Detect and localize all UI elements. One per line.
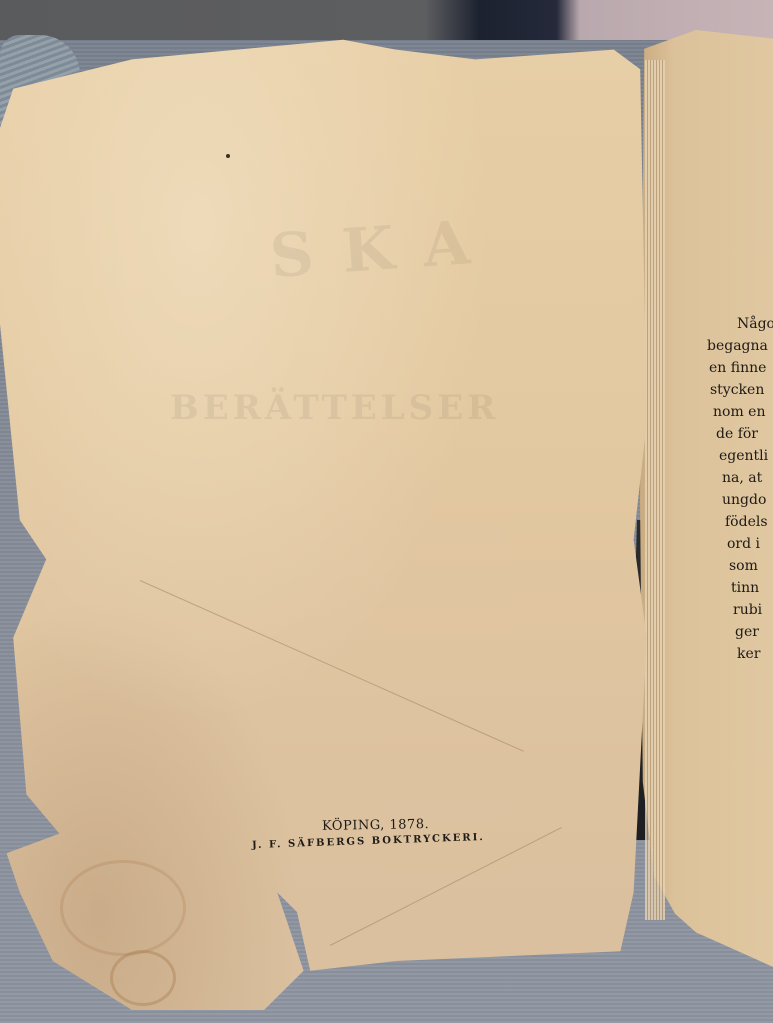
text-line: rubi — [733, 599, 773, 621]
right-page-text: Någo begagna en finne stycken nom en de … — [733, 313, 773, 665]
text-line: nom en — [713, 401, 773, 423]
imprint-city-year: KÖPING, 1878. — [322, 817, 429, 834]
text-line: en finne — [709, 357, 769, 379]
water-stain — [60, 860, 186, 956]
faded-title-ghost: S K A — [268, 208, 476, 292]
page-edges — [645, 60, 665, 920]
faded-subtitle-ghost: BERÄTTELSER — [170, 388, 499, 428]
text-line: ker — [737, 643, 773, 665]
text-line: stycken — [710, 379, 770, 401]
text-line: tinn — [731, 577, 773, 599]
text-line: na, at — [722, 467, 773, 489]
text-line: de för — [716, 423, 773, 445]
text-line: Någo — [737, 313, 773, 335]
water-stain — [110, 950, 176, 1006]
text-line: ungdo — [722, 489, 773, 511]
text-line: ger — [735, 621, 773, 643]
text-line: egentli — [719, 445, 773, 467]
text-line: som — [729, 555, 773, 577]
ink-speck — [226, 154, 230, 158]
text-line: begagna — [707, 335, 767, 357]
text-line: födels — [725, 511, 773, 533]
text-line: ord i — [727, 533, 773, 555]
